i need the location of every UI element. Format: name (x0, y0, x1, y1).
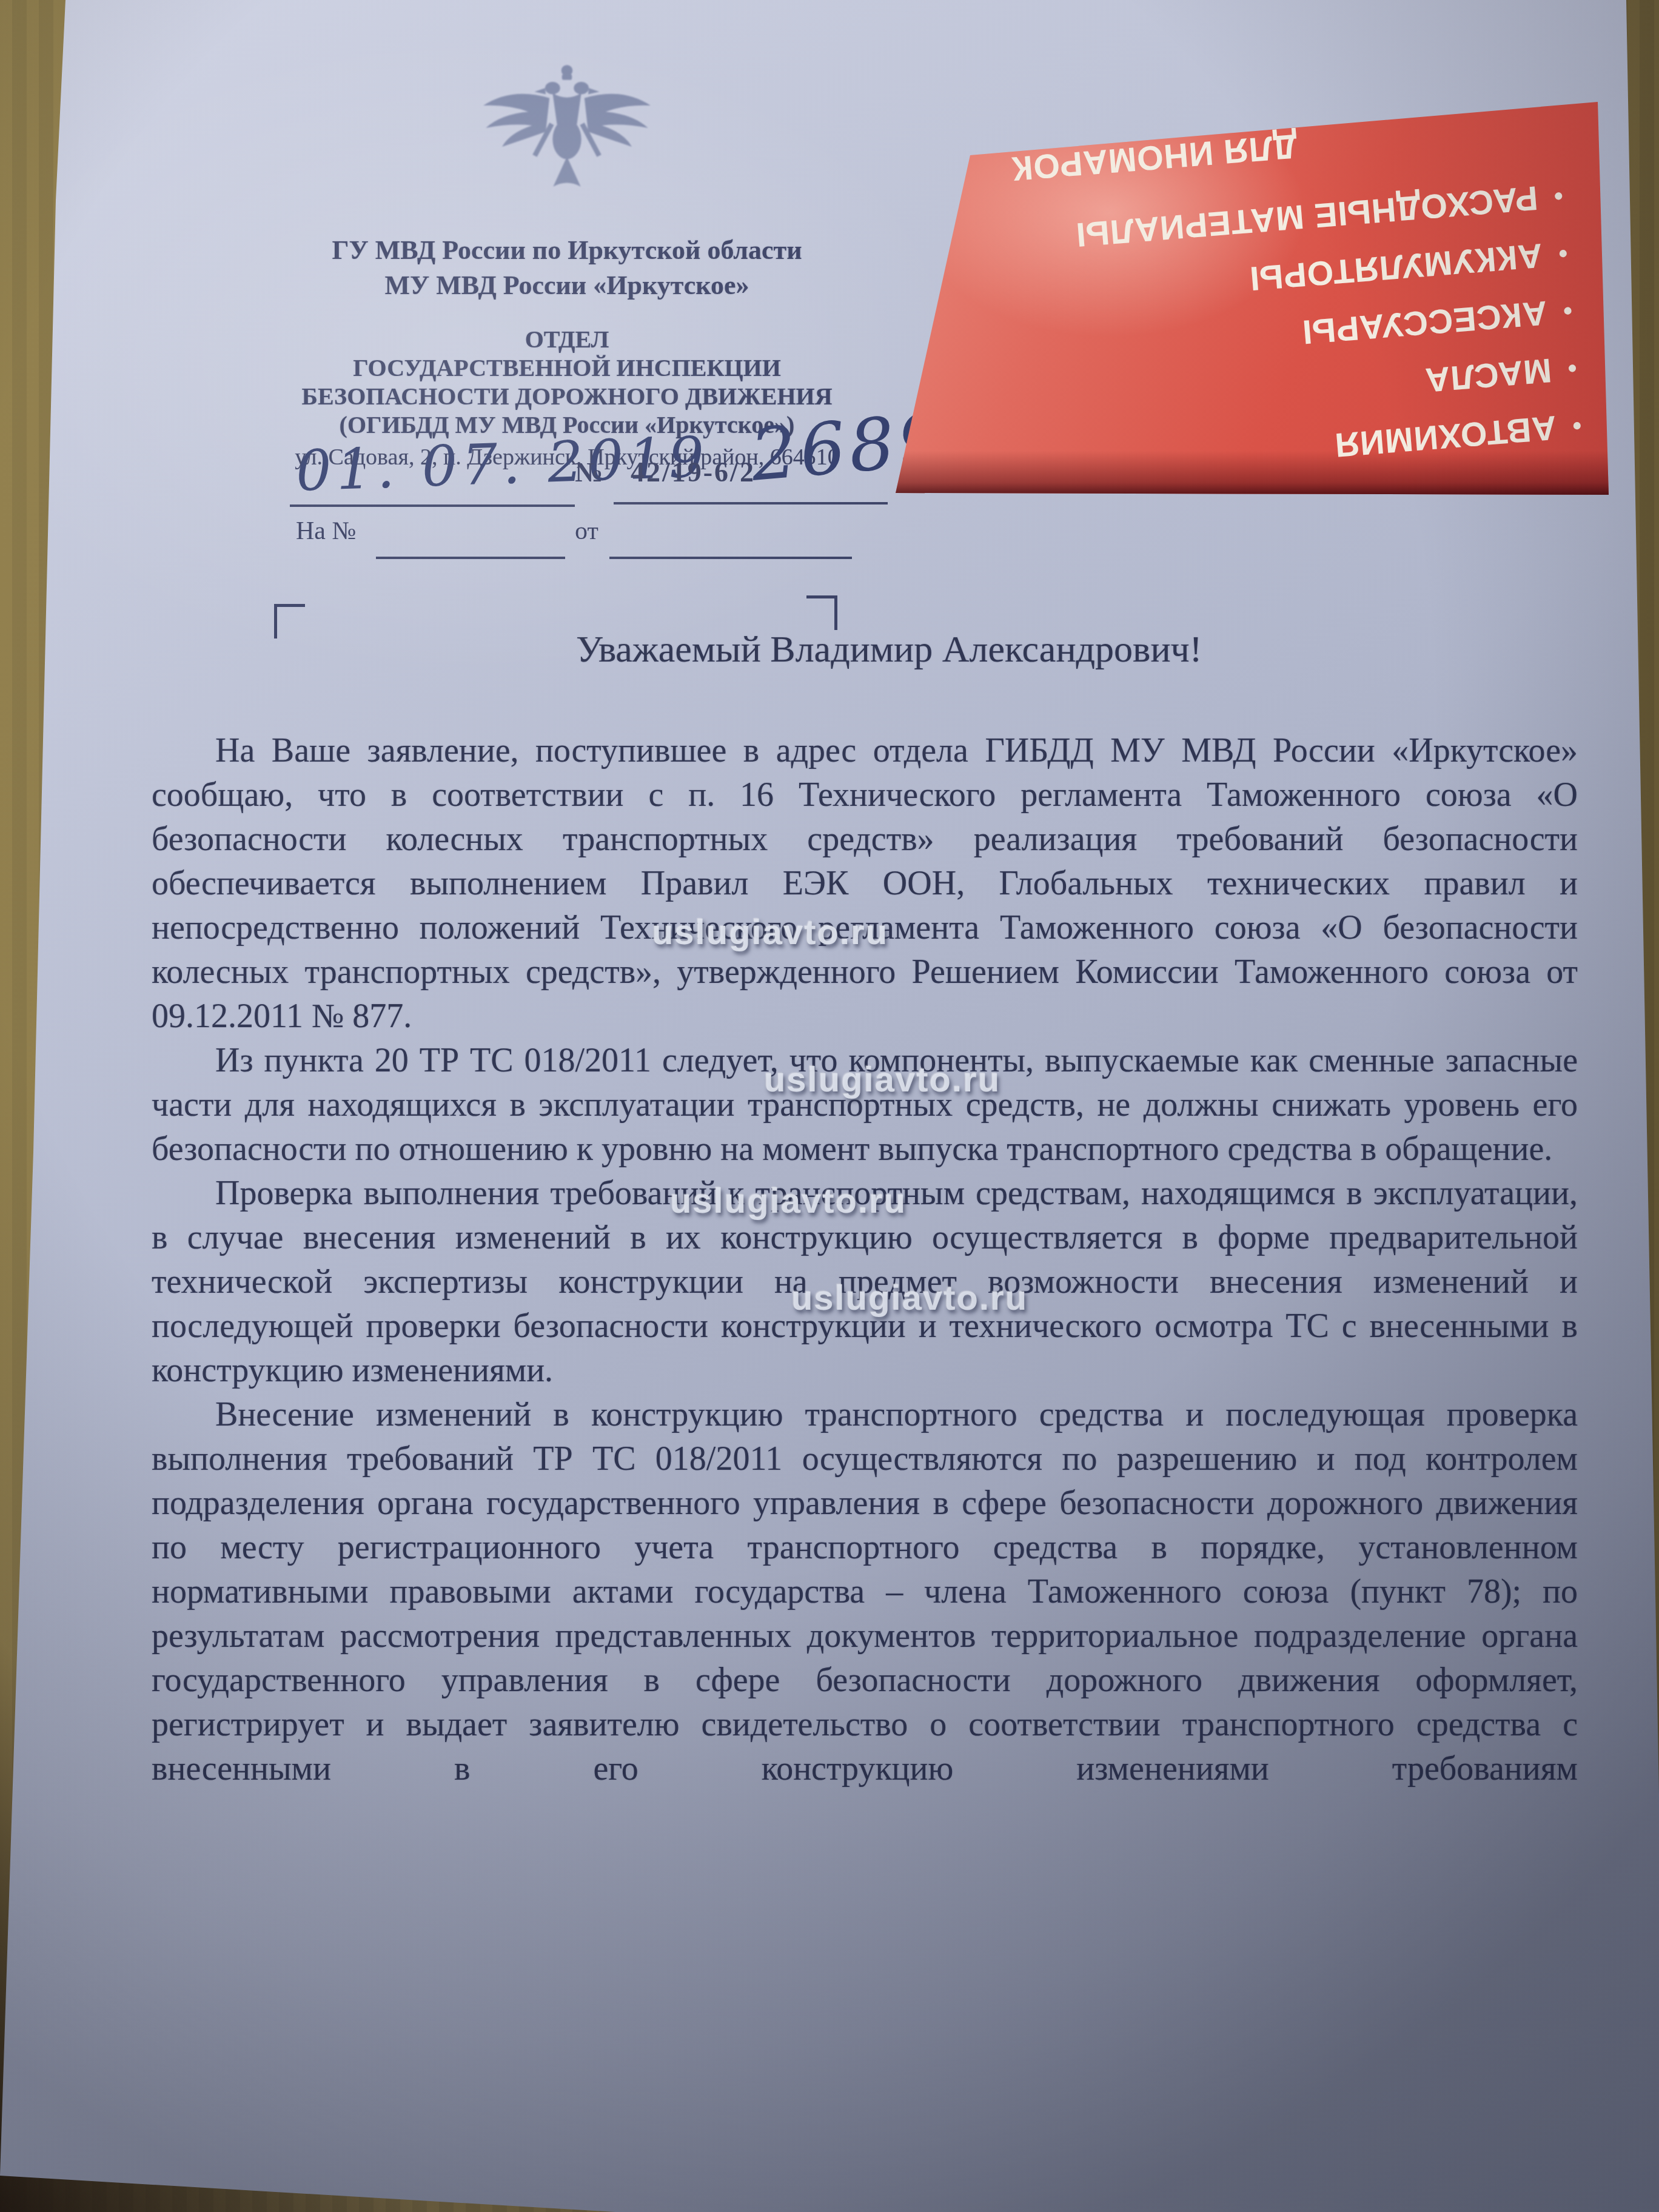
org-name-block: ГУ МВД России по Иркутской области МУ МВ… (261, 233, 873, 303)
address-corner-mark-right (806, 595, 837, 630)
paragraph-4: Внесение изменений в конструкцию транспо… (152, 1393, 1578, 1791)
date-underline (290, 504, 575, 507)
watermark: uslugiavto.ru (764, 1059, 1000, 1100)
card-item-label: АККУМУЛЯТОРЫ (1248, 236, 1544, 299)
salutation: Уважаемый Владимир Александрович! (576, 628, 1202, 671)
reply-number-underline (376, 557, 565, 559)
reply-to-number-label: На № (296, 517, 357, 546)
bullet-icon: • (1557, 236, 1569, 271)
red-card-content-upside-down: • АВТОХИМИЯ • МАСЛА • АКСЕССУАРЫ • АККУМ… (945, 109, 1583, 494)
card-item-label: АВТОХИМИЯ (1333, 408, 1558, 465)
reply-date-underline (609, 557, 852, 559)
department-line1: ОТДЕЛ (261, 325, 873, 354)
card-item-label: МАСЛА (1423, 350, 1553, 400)
watermark: uslugiavto.ru (652, 912, 888, 953)
bullet-icon: • (1566, 352, 1578, 386)
number-underline (614, 502, 888, 504)
address-corner-mark-left (274, 604, 305, 638)
outgoing-number-typed: 42/19-6/2- (631, 456, 766, 488)
letter-body: На Ваше заявление, поступившее в адрес о… (152, 729, 1578, 1791)
bullet-icon: • (1570, 409, 1583, 443)
number-sign: № (575, 456, 603, 488)
mvd-eagle-emblem-icon (470, 62, 664, 193)
paragraph-1: На Ваше заявление, поступившее в адрес о… (152, 729, 1578, 1039)
reply-to-date-label: от (575, 517, 598, 546)
org-name-line2: МУ МВД России «Иркутское» (261, 268, 873, 303)
department-line2: ГОСУДАРСТВЕННОЙ ИНСПЕКЦИИ (261, 354, 873, 382)
org-name-line1: ГУ МВД России по Иркутской области (261, 233, 873, 268)
watermark: uslugiavto.ru (670, 1181, 907, 1221)
department-line3: БЕЗОПАСНОСТИ ДОРОЖНОГО ДВИЖЕНИЯ (261, 382, 873, 411)
bullet-icon: • (1561, 294, 1574, 329)
bullet-icon: • (1552, 179, 1564, 214)
watermark: uslugiavto.ru (791, 1278, 1028, 1318)
red-advert-card: • АВТОХИМИЯ • МАСЛА • АКСЕССУАРЫ • АККУМ… (894, 102, 1611, 498)
card-item-label: АКСЕССУАРЫ (1301, 293, 1549, 352)
photo-of-document: ГУ МВД России по Иркутской области МУ МВ… (0, 0, 1659, 2212)
